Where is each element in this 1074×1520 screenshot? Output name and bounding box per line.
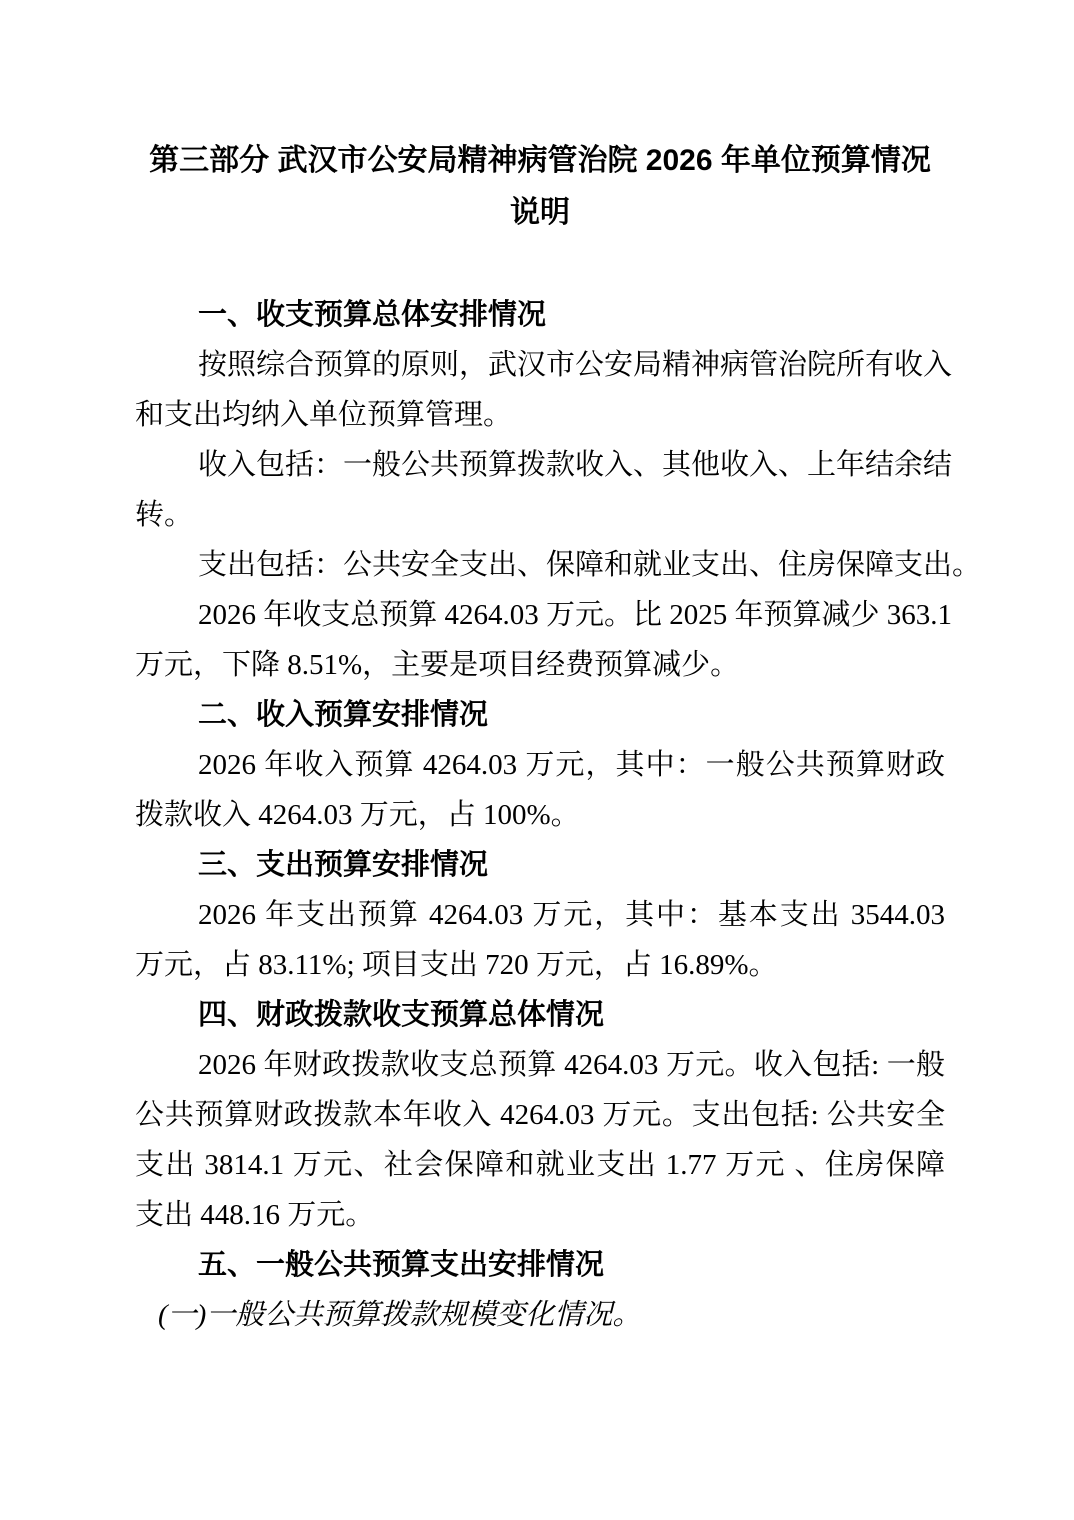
paragraph-line: 按照综合预算的原则，武汉市公安局精神病管治院所有收入 — [135, 340, 945, 390]
paragraph-line: 和支出均纳入单位预算管理。 — [135, 390, 945, 440]
paragraph-line: 2026 年收入预算 4264.03 万元，其中：一般公共预算财政 — [135, 740, 945, 790]
paragraph-line: 2026 年支出预算 4264.03 万元，其中：基本支出 3544.03 — [135, 890, 945, 940]
section-heading-2: 二、收入预算安排情况 — [135, 690, 945, 740]
paragraph-line: 拨款收入 4264.03 万元，占 100%。 — [135, 790, 945, 840]
document-page: 第三部分 武汉市公安局精神病管治院 2026 年单位预算情况 说明 一、收支预算… — [0, 0, 1074, 1520]
subsection-label: (一)一般公共预算拨款规模变化情况。 — [135, 1290, 945, 1340]
document-title-line-2: 说明 — [135, 187, 945, 239]
document-title-line-1: 第三部分 武汉市公安局精神病管治院 2026 年单位预算情况 — [135, 135, 945, 187]
document-content: 一、收支预算总体安排情况 按照综合预算的原则，武汉市公安局精神病管治院所有收入 … — [135, 290, 945, 1340]
section-heading-5: 五、一般公共预算支出安排情况 — [135, 1240, 945, 1290]
paragraph-line: 支出 448.16 万元。 — [135, 1190, 945, 1240]
paragraph-line: 收入包括：一般公共预算拨款收入、其他收入、上年结余结 — [135, 440, 945, 490]
section-heading-1: 一、收支预算总体安排情况 — [135, 290, 945, 340]
paragraph-line: 2026 年财政拨款收支总预算 4264.03 万元。收入包括: 一般 — [135, 1040, 945, 1090]
paragraph-line: 2026 年收支总预算 4264.03 万元。比 2025 年预算减少 363.… — [135, 590, 945, 640]
paragraph-line: 万元，下降 8.51%，主要是项目经费预算减少。 — [135, 640, 945, 690]
document-body: 第三部分 武汉市公安局精神病管治院 2026 年单位预算情况 说明 一、收支预算… — [0, 0, 1074, 1340]
document-title-block: 第三部分 武汉市公安局精神病管治院 2026 年单位预算情况 说明 — [135, 135, 945, 239]
paragraph-line: 万元，占 83.11%; 项目支出 720 万元，占 16.89%。 — [135, 940, 945, 990]
section-heading-4: 四、财政拨款收支预算总体情况 — [135, 990, 945, 1040]
section-heading-3: 三、支出预算安排情况 — [135, 840, 945, 890]
paragraph-line: 支出 3814.1 万元、社会保障和就业支出 1.77 万元 、住房保障 — [135, 1140, 945, 1190]
paragraph-line: 支出包括：公共安全支出、保障和就业支出、住房保障支出。 — [135, 540, 945, 590]
paragraph-line: 公共预算财政拨款本年收入 4264.03 万元。支出包括: 公共安全 — [135, 1090, 945, 1140]
paragraph-line: 转。 — [135, 490, 945, 540]
